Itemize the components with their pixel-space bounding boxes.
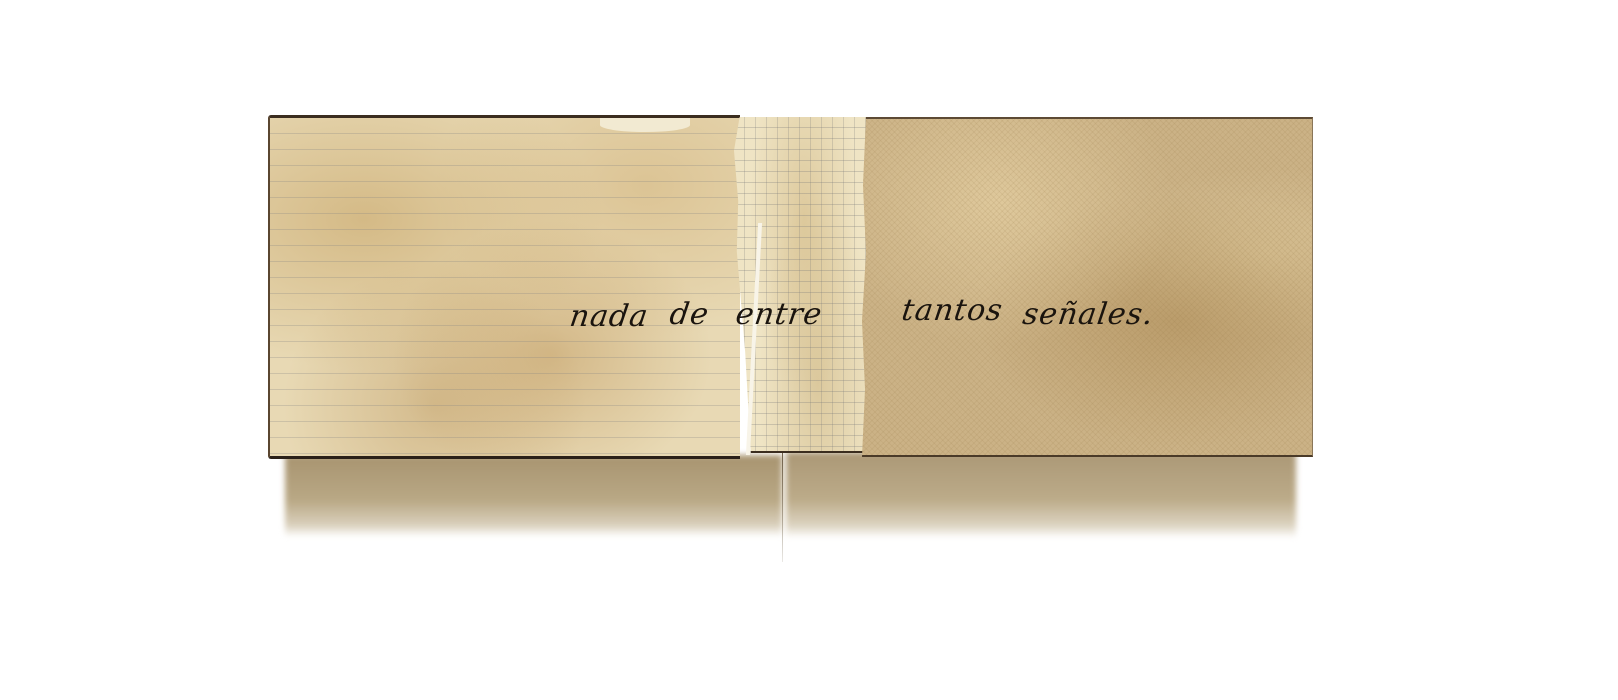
top-tear-notch (600, 118, 690, 132)
left-page-lined (268, 115, 740, 459)
book-shadow-right (786, 452, 1296, 538)
wall-gutter-line (782, 452, 783, 562)
right-page-textured (862, 117, 1313, 457)
handwritten-word-3: entre (734, 297, 825, 332)
book-shadow-left (285, 455, 782, 537)
handwritten-word-4: tantos (900, 293, 1006, 328)
open-notebook: nada de entre tantos señales. (268, 113, 1312, 456)
handwritten-word-2: de (668, 297, 712, 332)
photo-scene: nada de entre tantos señales. (0, 0, 1618, 700)
handwritten-word-1: nada (568, 299, 651, 334)
handwritten-word-5: señales. (1021, 297, 1157, 332)
